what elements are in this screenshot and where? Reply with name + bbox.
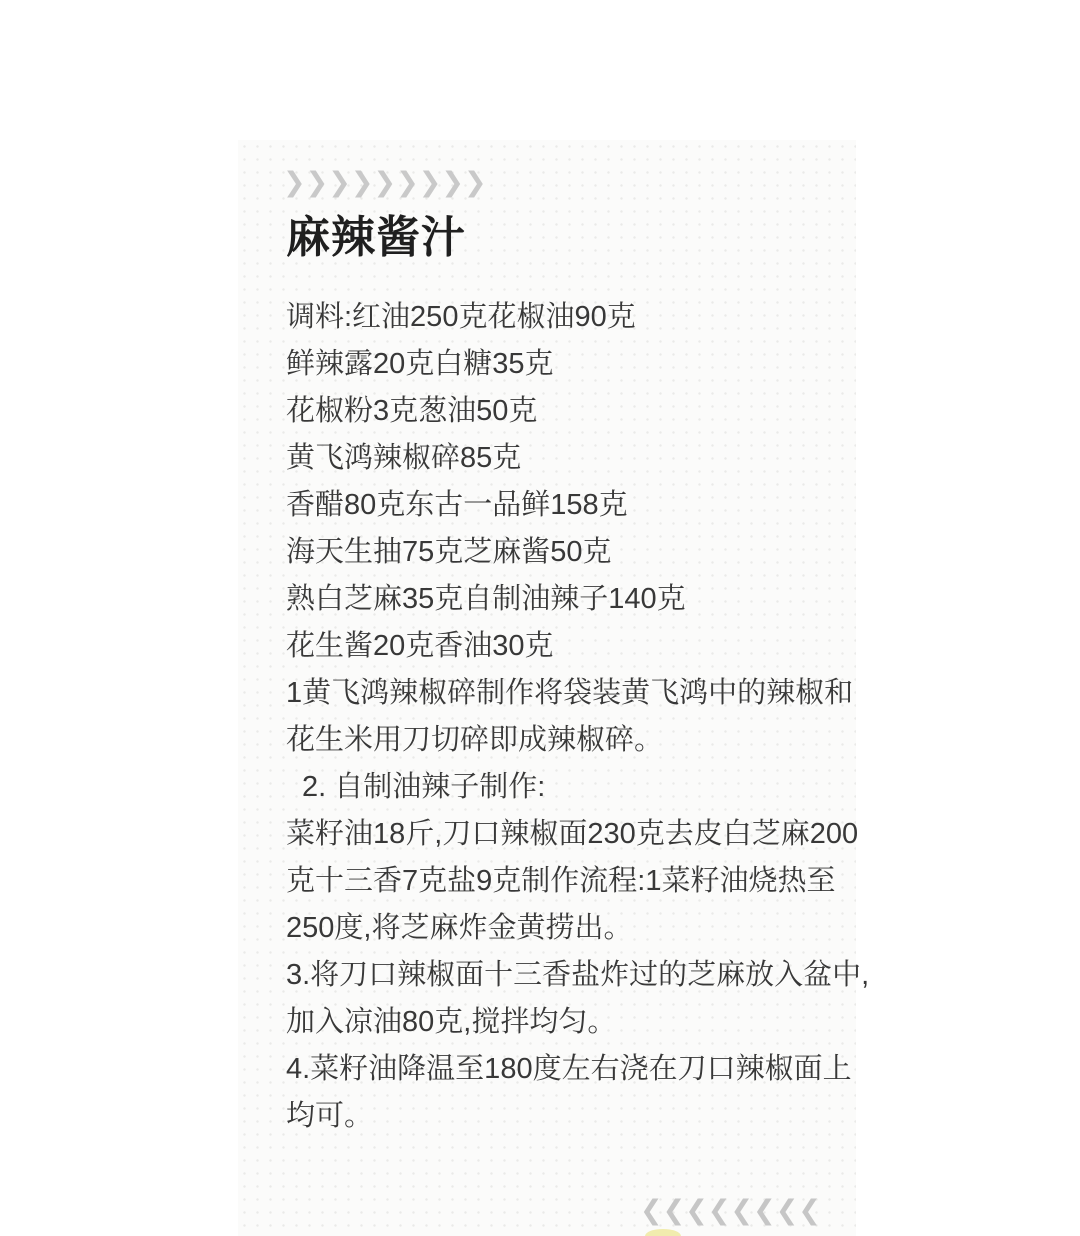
ingredients-line: 花生酱20克香油30克 xyxy=(286,623,856,670)
chevron-right-row-icon: ❯❯❯❯❯❯❯❯❯ xyxy=(283,168,856,198)
chevron-left-row-icon: ❮❮❮❮❮❮❮❮ xyxy=(640,1196,821,1226)
ingredients-line: 熟白芝麻35克自制油辣子140克 xyxy=(286,576,856,623)
instruction-line: 菜籽油18斤,刀口辣椒面230克去皮白芝麻200 xyxy=(286,811,856,858)
recipe-body: 调料:红油250克花椒油90克 鲜辣露20克白糖35克 花椒粉3克葱油50克 黄… xyxy=(286,294,856,1140)
instruction-line: 克十三香7克盐9克制作流程:1菜籽油烧热至 xyxy=(286,858,856,905)
instruction-line: 2. 自制油辣子制作: xyxy=(286,764,856,811)
instruction-line: 4.菜籽油降温至180度左右浇在刀口辣椒面上 xyxy=(286,1046,856,1093)
recipe-panel: ❯❯❯❯❯❯❯❯❯ 麻辣酱汁 调料:红油250克花椒油90克 鲜辣露20克白糖3… xyxy=(238,140,856,1236)
ingredients-line: 调料:红油250克花椒油90克 xyxy=(286,294,856,341)
instruction-line: 加入凉油80克,搅拌均匀。 xyxy=(286,999,856,1046)
instruction-line: 1黄飞鸿辣椒碎制作将袋装黄飞鸿中的辣椒和 xyxy=(286,670,856,717)
ingredients-line: 海天生抽75克芝麻酱50克 xyxy=(286,529,856,576)
instruction-line: 均可。 xyxy=(286,1093,856,1140)
ingredients-line: 香醋80克东古一品鲜158克 xyxy=(286,482,856,529)
instruction-line: 3.将刀口辣椒面十三香盐炸过的芝麻放入盆中, xyxy=(286,952,856,999)
yellow-accent-dot xyxy=(645,1229,681,1236)
ingredients-line: 鲜辣露20克白糖35克 xyxy=(286,341,856,388)
instruction-line: 250度,将芝麻炸金黄捞出。 xyxy=(286,905,856,952)
instruction-line: 花生米用刀切碎即成辣椒碎。 xyxy=(286,717,856,764)
ingredients-line: 黄飞鸿辣椒碎85克 xyxy=(286,435,856,482)
recipe-title: 麻辣酱汁 xyxy=(286,208,856,268)
ingredients-line: 花椒粉3克葱油50克 xyxy=(286,388,856,435)
page: ❯❯❯❯❯❯❯❯❯ 麻辣酱汁 调料:红油250克花椒油90克 鲜辣露20克白糖3… xyxy=(0,0,1080,1236)
